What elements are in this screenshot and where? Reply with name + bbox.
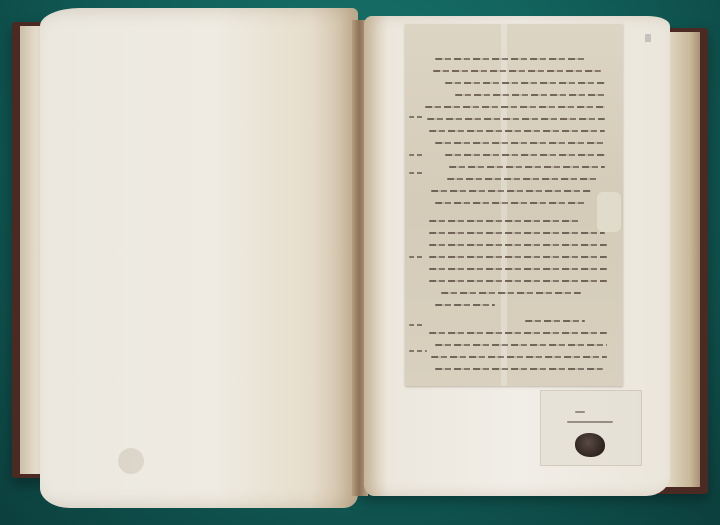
docket-scrawl [567, 421, 613, 423]
handwriting-line [435, 368, 603, 370]
margin-note [409, 256, 425, 258]
handwriting-line [433, 70, 601, 72]
page-number-mark [645, 34, 651, 42]
handwriting-line [445, 154, 605, 156]
handwriting-line [435, 142, 605, 144]
photo-scene [0, 0, 720, 525]
handwriting-line [435, 304, 495, 306]
handwriting-line [435, 58, 585, 60]
margin-note [409, 154, 423, 156]
handwriting-line [429, 256, 607, 258]
margin-note [409, 116, 425, 118]
handwriting-line [427, 118, 605, 120]
handwriting-line [431, 190, 591, 192]
margin-note [409, 350, 427, 352]
page-stain [118, 448, 144, 474]
handwriting-line [425, 106, 605, 108]
handwriting-line [435, 202, 585, 204]
handwriting-line [525, 320, 585, 322]
handwriting-line [445, 82, 605, 84]
handwriting-line [429, 332, 607, 334]
handwriting-line [429, 232, 605, 234]
margin-note [409, 172, 425, 174]
handwriting-line [429, 268, 607, 270]
handwriting-line [431, 356, 607, 358]
docket-scrawl [575, 411, 585, 413]
manuscript-letter [405, 24, 623, 386]
handwriting-line [429, 220, 579, 222]
margin-note [409, 324, 423, 326]
handwriting-line [441, 292, 581, 294]
handwriting-line [429, 244, 607, 246]
handwriting-line [447, 178, 597, 180]
handwriting-line [435, 344, 607, 346]
handwriting-line [455, 94, 605, 96]
handwriting-line [429, 280, 607, 282]
handwriting-line [449, 166, 605, 168]
left-page [40, 8, 358, 508]
manuscript-smudge [597, 192, 621, 232]
wax-seal [575, 433, 605, 457]
handwriting-line [429, 130, 605, 132]
